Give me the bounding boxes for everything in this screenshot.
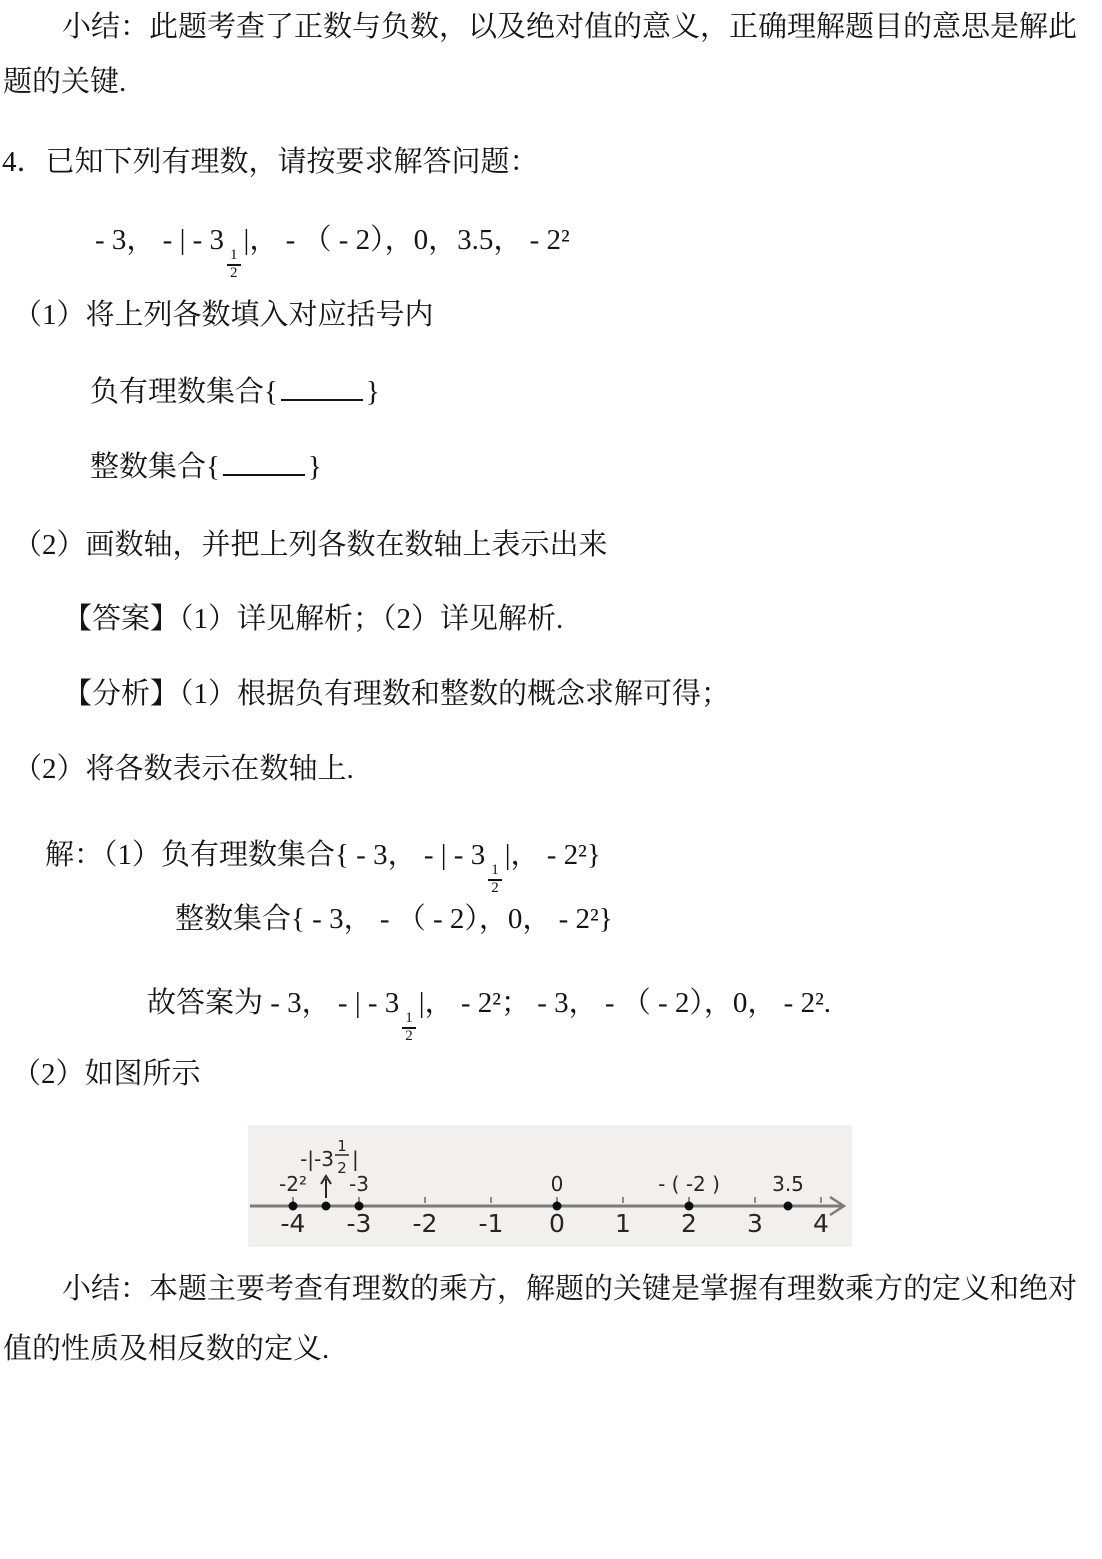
problem4-part2: （2）画数轴，并把上列各数在数轴上表示出来 bbox=[13, 525, 608, 565]
fraction-numerator: 1 bbox=[405, 1011, 413, 1027]
integer-set-blank-line: 整数集合{} bbox=[90, 447, 322, 487]
solution-step2: 整数集合{ - 3， - （ - 2），0， - 2²} bbox=[175, 899, 613, 939]
fraction-numerator: 1 bbox=[230, 248, 238, 264]
solution-step1-pre: 解：（1）负有理数集合{ - 3， - | - 3 bbox=[45, 839, 485, 871]
fraction-denominator: 2 bbox=[402, 1027, 416, 1045]
post-summary-line2: 值的性质及相反数的定义. bbox=[3, 1329, 329, 1369]
problem4-number-list: - 3， - | - 312|， - （ - 2），0，3.5， - 2² bbox=[95, 212, 570, 282]
tick-label: 2 bbox=[681, 1209, 697, 1238]
tick-label: -4 bbox=[281, 1209, 306, 1238]
number-line-figure: -4-3-2-101234-2²-|-312|-30- ( -2 )3.5 bbox=[248, 1125, 852, 1247]
neg-set-close: } bbox=[366, 376, 380, 408]
problem4-part1: （1）将上列各数填入对应括号内 bbox=[13, 295, 434, 335]
fraction: 12 bbox=[227, 248, 241, 282]
tick-label: -2 bbox=[413, 1209, 438, 1238]
tick-label: -3 bbox=[347, 1209, 372, 1238]
number-list-pre: - 3， - | - 3 bbox=[95, 224, 224, 256]
point-dot bbox=[685, 1202, 694, 1211]
point-label-numerator: 1 bbox=[337, 1137, 347, 1155]
prev-summary-line1: 小结：此题考查了正数与负数，以及绝对值的意义，正确理解题目的意思是解此 bbox=[62, 7, 1077, 47]
int-set-label: 整数集合{ bbox=[90, 451, 220, 483]
analysis-line1: 【分析】（1）根据负有理数和整数的概念求解可得； bbox=[63, 674, 730, 714]
fraction-denominator: 2 bbox=[227, 264, 241, 282]
neg-set-answer-blank bbox=[281, 393, 363, 401]
point-label-pre: -|-3 bbox=[300, 1147, 334, 1171]
problem4-header: 4．已知下列有理数，请按要求解答问题： bbox=[2, 142, 539, 182]
tick-label: 0 bbox=[549, 1209, 565, 1238]
neg-set-label: 负有理数集合{ bbox=[90, 376, 278, 408]
point-dot bbox=[553, 1202, 562, 1211]
number-line-svg: -4-3-2-101234-2²-|-312|-30- ( -2 )3.5 bbox=[248, 1125, 852, 1247]
solution-step3-post: |， - 2²； - 3， - （ - 2），0， - 2². bbox=[419, 987, 831, 1019]
point-label: -3 bbox=[349, 1172, 369, 1196]
answer-line: 【答案】（1）详见解析；（2）详见解析. bbox=[63, 599, 563, 639]
prev-summary-line2: 题的关键. bbox=[3, 62, 126, 102]
fraction-denominator: 2 bbox=[488, 879, 502, 897]
point-dot bbox=[289, 1202, 298, 1211]
int-set-close: } bbox=[308, 451, 322, 483]
point-dot bbox=[784, 1202, 793, 1211]
document-page: 小结：此题考查了正数与负数，以及绝对值的意义，正确理解题目的意思是解此 题的关键… bbox=[0, 0, 1102, 1559]
point-label-post: | bbox=[352, 1147, 359, 1171]
point-label-denominator: 2 bbox=[337, 1159, 347, 1177]
tick-label: 3 bbox=[747, 1209, 763, 1238]
solution-step1-post: |， - 2²} bbox=[505, 839, 601, 871]
post-summary-line1: 小结：本题主要考查有理数的乘方，解题的关键是掌握有理数乘方的定义和绝对 bbox=[62, 1269, 1077, 1309]
tick-label: 4 bbox=[813, 1209, 829, 1238]
neg-rational-set-blank-line: 负有理数集合{} bbox=[90, 372, 380, 412]
point-dot bbox=[355, 1202, 364, 1211]
int-set-answer-blank bbox=[223, 468, 305, 476]
point-label: 3.5 bbox=[772, 1172, 804, 1196]
fraction: 12 bbox=[402, 1011, 416, 1045]
tick-label: 1 bbox=[615, 1209, 631, 1238]
fraction: 12 bbox=[488, 863, 502, 897]
solution-step1: 解：（1）负有理数集合{ - 3， - | - 312|， - 2²} bbox=[45, 827, 601, 897]
solution-step3: 故答案为 - 3， - | - 312|， - 2²； - 3， - （ - 2… bbox=[147, 975, 831, 1045]
analysis-line2: （2）将各数表示在数轴上. bbox=[13, 749, 354, 789]
fraction-numerator: 1 bbox=[491, 863, 499, 879]
point-label: 0 bbox=[551, 1172, 564, 1196]
point-dot bbox=[322, 1202, 331, 1211]
solution-step3-pre: 故答案为 - 3， - | - 3 bbox=[147, 987, 399, 1019]
tick-label: -1 bbox=[479, 1209, 504, 1238]
solution-part2-intro: （2）如图所示 bbox=[12, 1054, 201, 1094]
number-list-post: |， - （ - 2），0，3.5， - 2² bbox=[244, 224, 570, 256]
point-label: -2² bbox=[279, 1172, 307, 1196]
point-label: - ( -2 ) bbox=[658, 1172, 720, 1196]
